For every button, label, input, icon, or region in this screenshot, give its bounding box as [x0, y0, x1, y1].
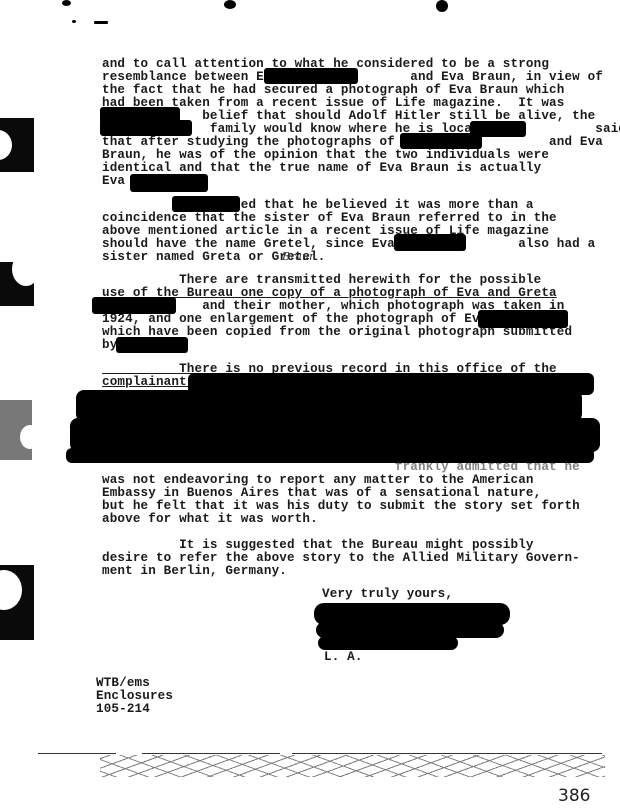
handwritten-note: Braun	[282, 250, 316, 263]
signature-redaction	[318, 636, 458, 650]
hole-punch	[12, 252, 40, 286]
scan-artifact	[224, 0, 236, 9]
redaction-block	[100, 120, 192, 136]
divider	[142, 753, 280, 754]
divider	[292, 753, 602, 754]
signature-suffix: L. A.	[324, 651, 363, 664]
reference-file-number: 105-214	[96, 703, 150, 716]
redaction-block	[92, 297, 176, 314]
body-text-line: above for what it was worth.	[102, 513, 318, 526]
document-page: and to call attention to what he conside…	[0, 0, 620, 808]
body-text-line: ment in Berlin, Germany.	[102, 565, 287, 578]
scan-artifact	[62, 0, 71, 6]
redaction-block	[478, 310, 568, 328]
closing-text: Very truly yours,	[322, 588, 453, 601]
redaction-block	[116, 337, 188, 353]
redaction-block	[400, 133, 482, 149]
redaction-block	[130, 174, 208, 192]
body-text-line: Eva	[102, 175, 125, 188]
page-number: 386	[558, 786, 590, 806]
redaction-block	[70, 418, 600, 452]
scan-artifact	[94, 21, 108, 24]
bottom-scribble-artifact	[100, 755, 605, 777]
redaction-block	[172, 196, 240, 212]
redaction-block	[394, 234, 466, 251]
divider	[38, 753, 116, 754]
scan-artifact	[436, 0, 448, 12]
body-text-line: complainant.	[102, 376, 195, 389]
hole-punch	[20, 425, 40, 449]
scan-artifact	[72, 20, 76, 23]
redaction-block	[264, 68, 358, 84]
